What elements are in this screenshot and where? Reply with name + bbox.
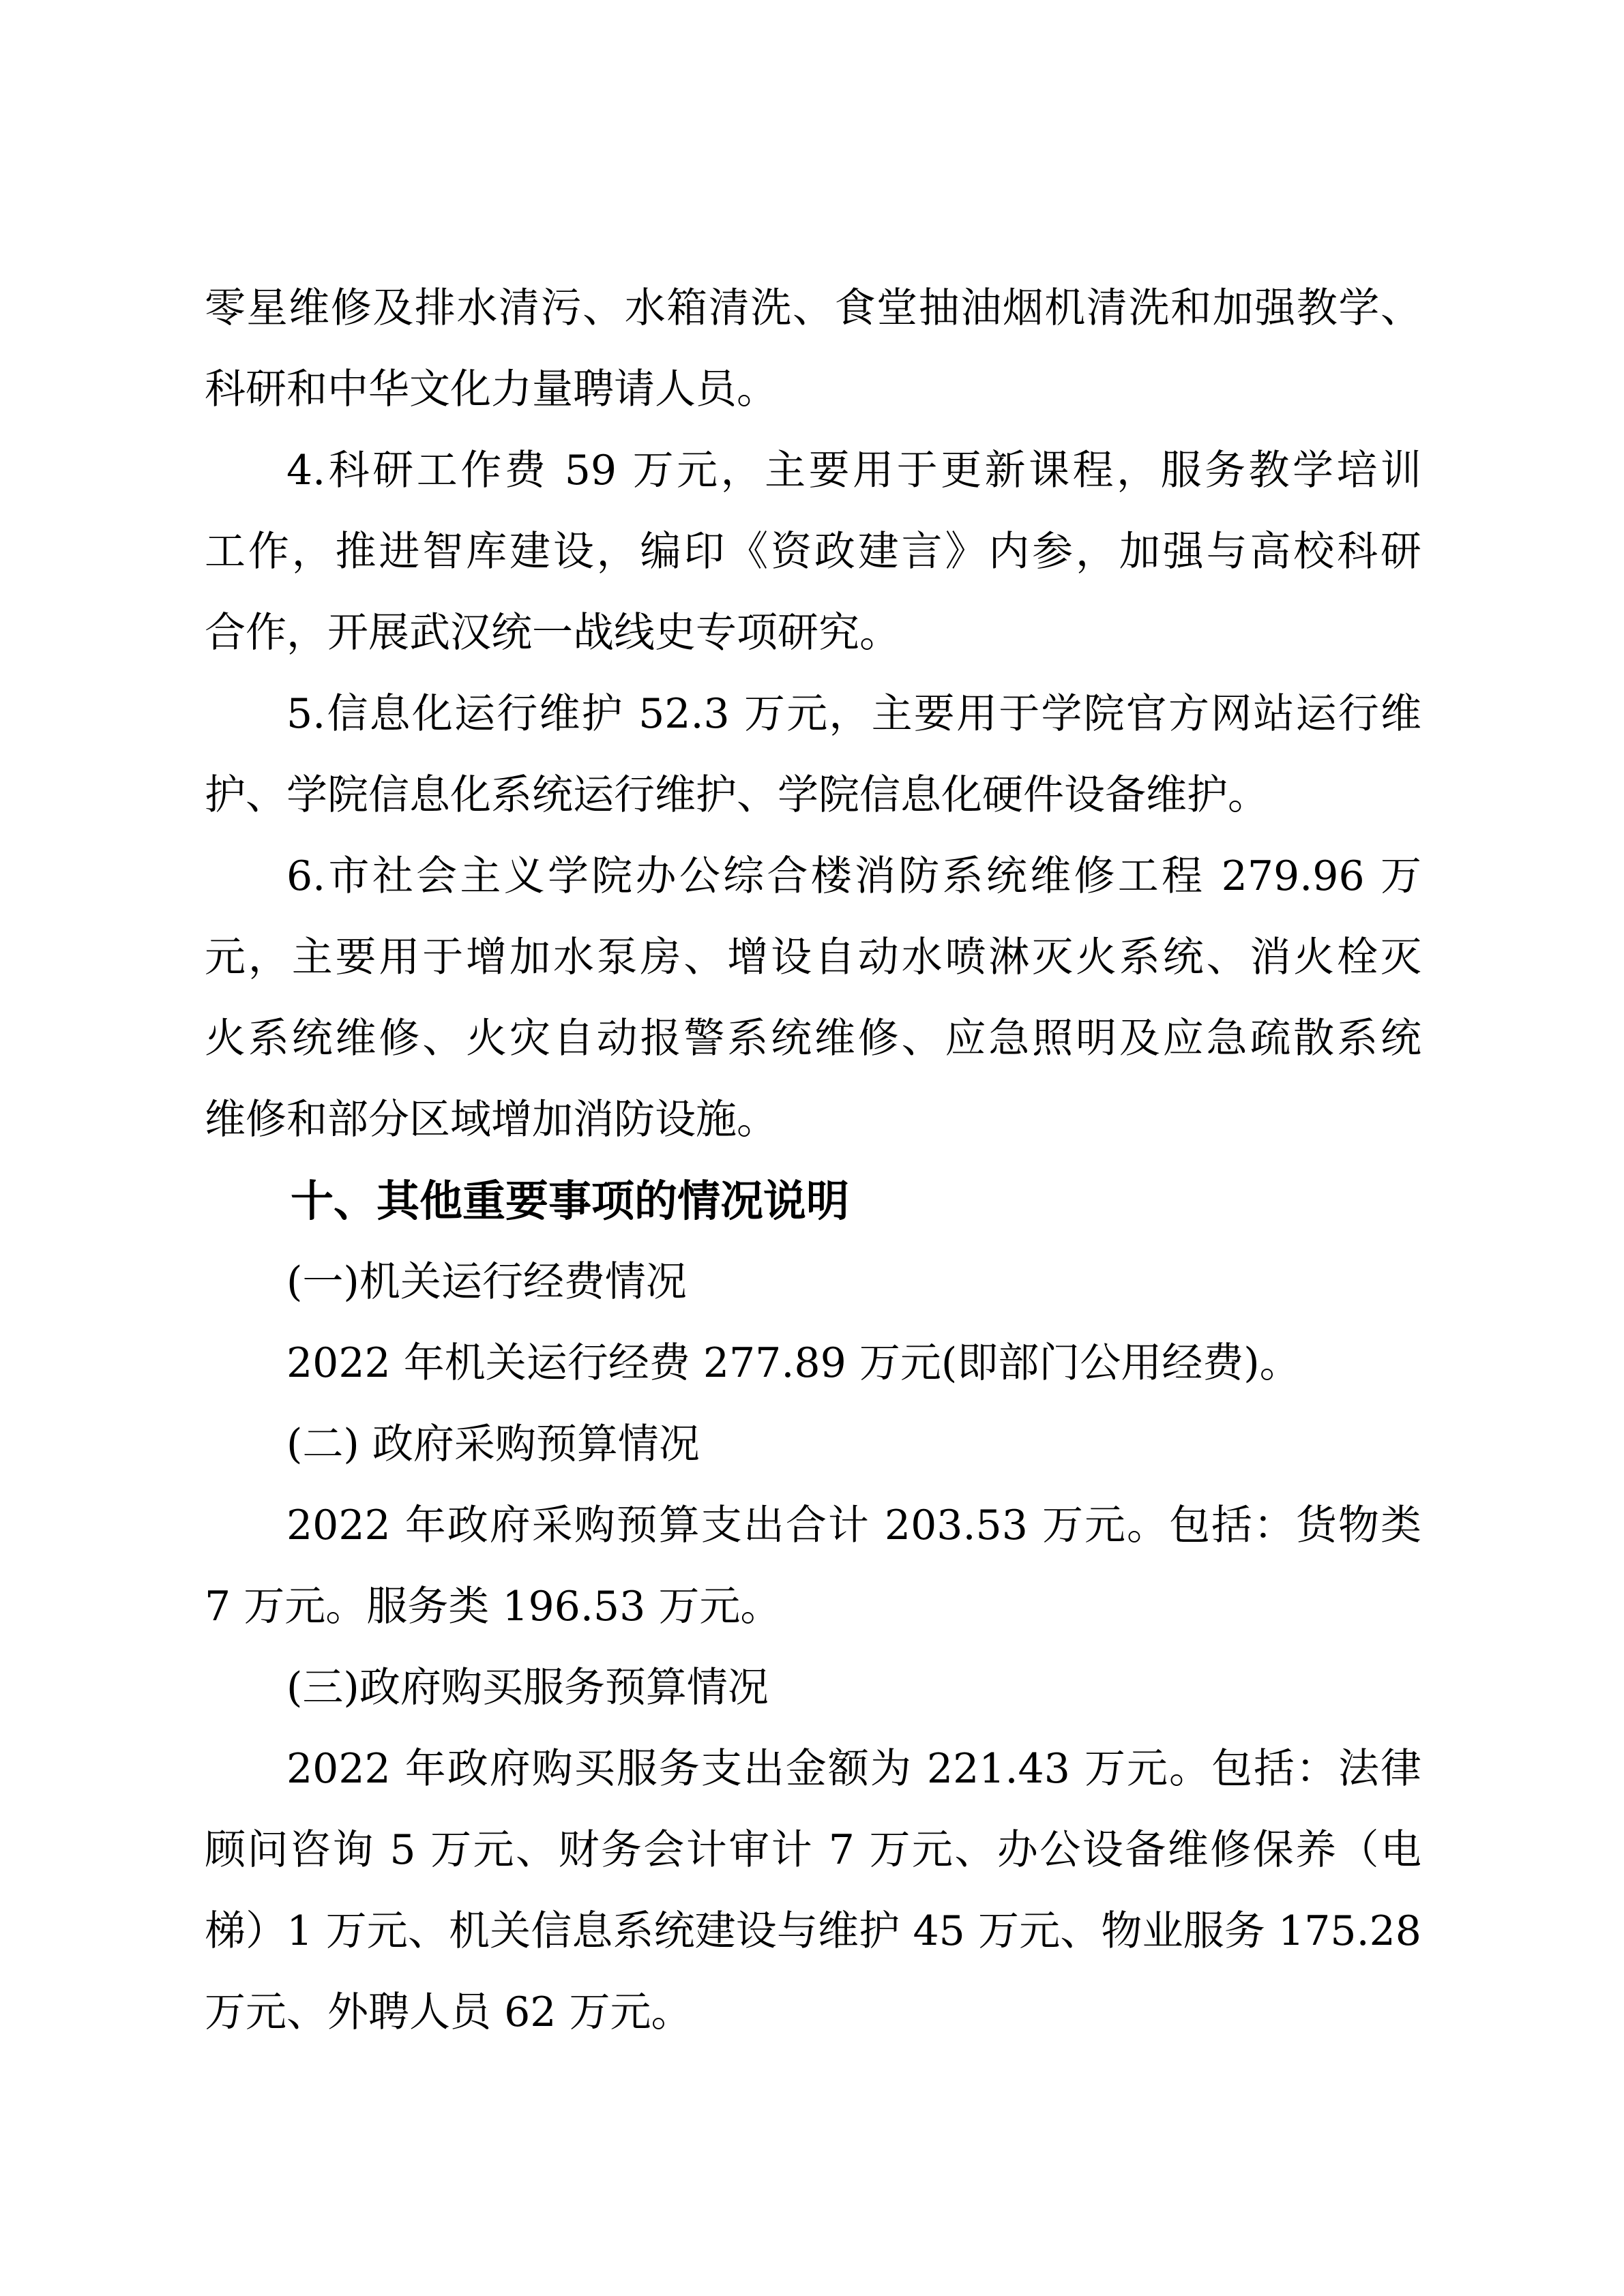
- text-line: 维修和部分区域增加消防设施。: [205, 1079, 1421, 1161]
- text-line: 4.科研工作费 59 万元，主要用于更新课程，服务教学培训: [205, 430, 1421, 511]
- text-line: (二) 政府采购预算情况: [205, 1404, 1421, 1485]
- paragraph-research-work-fee: 4.科研工作费 59 万元，主要用于更新课程，服务教学培训 工作，推进智库建设，…: [205, 430, 1421, 674]
- text-line: 6.市社会主义学院办公综合楼消防系统维修工程 279.96 万: [205, 836, 1421, 917]
- paragraph-gov-procurement-budget-amount: 2022 年政府采购预算支出合计 203.53 万元。包括：货物类 7 万元。服…: [205, 1485, 1421, 1648]
- paragraph-gov-procurement-budget-title: (二) 政府采购预算情况: [205, 1404, 1421, 1485]
- text-line: 梯）1 万元、机关信息系统建设与维护 45 万元、物业服务 175.28: [205, 1891, 1421, 1972]
- text-line: 万元、外聘人员 62 万元。: [205, 1972, 1421, 2053]
- text-line: 火系统维修、火灾自动报警系统维修、应急照明及应急疏散系统: [205, 998, 1421, 1079]
- paragraph-gov-purchased-services-title: (三)政府购买服务预算情况: [205, 1648, 1421, 1729]
- text-line: 2022 年政府采购预算支出合计 203.53 万元。包括：货物类: [205, 1485, 1421, 1566]
- paragraph-agency-operating-funds-title: (一)机关运行经费情况: [205, 1242, 1421, 1323]
- text-line: 护、学院信息化系统运行维护、学院信息化硬件设备维护。: [205, 755, 1421, 836]
- paragraph-building-repairs-tail: 零星维修及排水清污、水箱清洗、食堂抽油烟机清洗和加强教学、 科研和中华文化力量聘…: [205, 268, 1421, 430]
- paragraph-fire-system-repair-project: 6.市社会主义学院办公综合楼消防系统维修工程 279.96 万 元，主要用于增加…: [205, 836, 1421, 1161]
- paragraph-gov-purchased-services-amount: 2022 年政府购买服务支出金额为 221.43 万元。包括：法律 顾问咨询 5…: [205, 1729, 1421, 2053]
- section-heading: 十、其他重要事项的情况说明: [205, 1161, 1421, 1242]
- text-line: 工作，推进智库建设，编印《资政建言》内参，加强与高校科研: [205, 511, 1421, 593]
- text-line: 2022 年机关运行经费 277.89 万元(即部门公用经费)。: [205, 1323, 1421, 1404]
- paragraph-it-operations-maintenance: 5.信息化运行维护 52.3 万元，主要用于学院官方网站运行维 护、学院信息化系…: [205, 674, 1421, 836]
- text-line: 合作，开展武汉统一战线史专项研究。: [205, 593, 1421, 674]
- text-line: 零星维修及排水清污、水箱清洗、食堂抽油烟机清洗和加强教学、: [205, 268, 1421, 349]
- text-line: 顾问咨询 5 万元、财务会计审计 7 万元、办公设备维修保养（电: [205, 1810, 1421, 1891]
- section-heading-other-important-matters: 十、其他重要事项的情况说明: [205, 1161, 1421, 1242]
- paragraph-agency-operating-funds-amount: 2022 年机关运行经费 277.89 万元(即部门公用经费)。: [205, 1323, 1421, 1404]
- text-line: 7 万元。服务类 196.53 万元。: [205, 1566, 1421, 1648]
- text-line: 5.信息化运行维护 52.3 万元，主要用于学院官方网站运行维: [205, 674, 1421, 755]
- text-line: 2022 年政府购买服务支出金额为 221.43 万元。包括：法律: [205, 1729, 1421, 1810]
- text-line: 元，主要用于增加水泵房、增设自动水喷淋灭火系统、消火栓灭: [205, 917, 1421, 998]
- document-page: 零星维修及排水清污、水箱清洗、食堂抽油烟机清洗和加强教学、 科研和中华文化力量聘…: [0, 0, 1624, 2296]
- document-content: 零星维修及排水清污、水箱清洗、食堂抽油烟机清洗和加强教学、 科研和中华文化力量聘…: [205, 268, 1421, 2053]
- text-line: (一)机关运行经费情况: [205, 1242, 1421, 1323]
- text-line: (三)政府购买服务预算情况: [205, 1648, 1421, 1729]
- text-line: 科研和中华文化力量聘请人员。: [205, 349, 1421, 430]
